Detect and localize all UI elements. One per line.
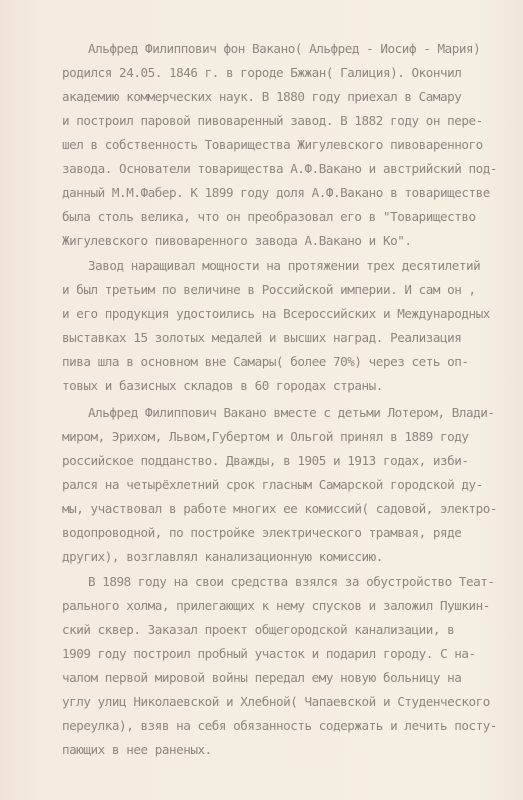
text-line: родился 24.05. 1846 г. в городе Бжжан( Г… <box>62 65 461 81</box>
text-line: и построил паровой пивоваренный завод. В… <box>62 113 483 129</box>
text-line: чалом первой мировой войны передал ему н… <box>62 670 461 686</box>
text-line: товых и базисных складов в 60 городах ст… <box>62 378 383 394</box>
text-line: Альфред Филиппович Вакано вместе с детьм… <box>88 405 495 421</box>
text-line: пива шла в основном вне Самары( более 70… <box>62 354 469 370</box>
text-line: Жигулевского пивоваренного завода А.Вака… <box>62 233 411 249</box>
text-line: данный М.М.Фабер. К 1899 году доля А.Ф.В… <box>62 185 490 201</box>
text-line: В 1898 году на свои средства взялся за о… <box>88 574 495 590</box>
text-line: была столь велика, что он преобразовал е… <box>62 209 476 225</box>
typewritten-page: Альфред Филиппович фон Вакано( Альфред -… <box>0 0 523 800</box>
text-line: водопроводной, по постройке электрическо… <box>62 525 461 541</box>
text-line: пающих в нее раненых. <box>62 742 212 758</box>
text-line: мы, участвовал в работе многих ее комисс… <box>62 501 497 517</box>
text-line: миром, Эрихом, Львом,Губертом и Ольгой п… <box>62 429 469 445</box>
text-line: и был третьим по величине в Российской и… <box>62 282 476 298</box>
text-line: углу улиц Николаевской и Хлебной( Чапаев… <box>62 694 490 710</box>
text-line: рался на четырёхлетний срок гласным Сама… <box>62 477 483 493</box>
text-line: шел в собственность Товарищества Жигулев… <box>62 137 483 153</box>
text-line: и его продукция удостоились на Всероссий… <box>62 306 490 322</box>
text-line: 1909 году построил пробный участок и под… <box>62 646 476 662</box>
text-line: Завод наращивал мощности на протяжении т… <box>88 258 480 274</box>
text-line: ский сквер. Заказал проект общегородской… <box>62 622 454 638</box>
text-line: других), возглавлял канализационную коми… <box>62 549 383 565</box>
text-line: Альфред Филиппович фон Вакано( Альфред -… <box>88 41 480 57</box>
text-line: переулка), взяв на себя обязанность соде… <box>62 718 497 734</box>
text-line: выставках 15 золотых медалей и высших на… <box>62 330 461 346</box>
text-line: рального холма, прилегающих к нему спуск… <box>62 598 490 614</box>
text-line: завода. Основатели товарищества А.Ф.Вака… <box>62 161 497 177</box>
text-line: российское подданство. Дважды, в 1905 и … <box>62 453 469 469</box>
text-line: академию коммерческих наук. В 1880 году … <box>62 89 461 105</box>
